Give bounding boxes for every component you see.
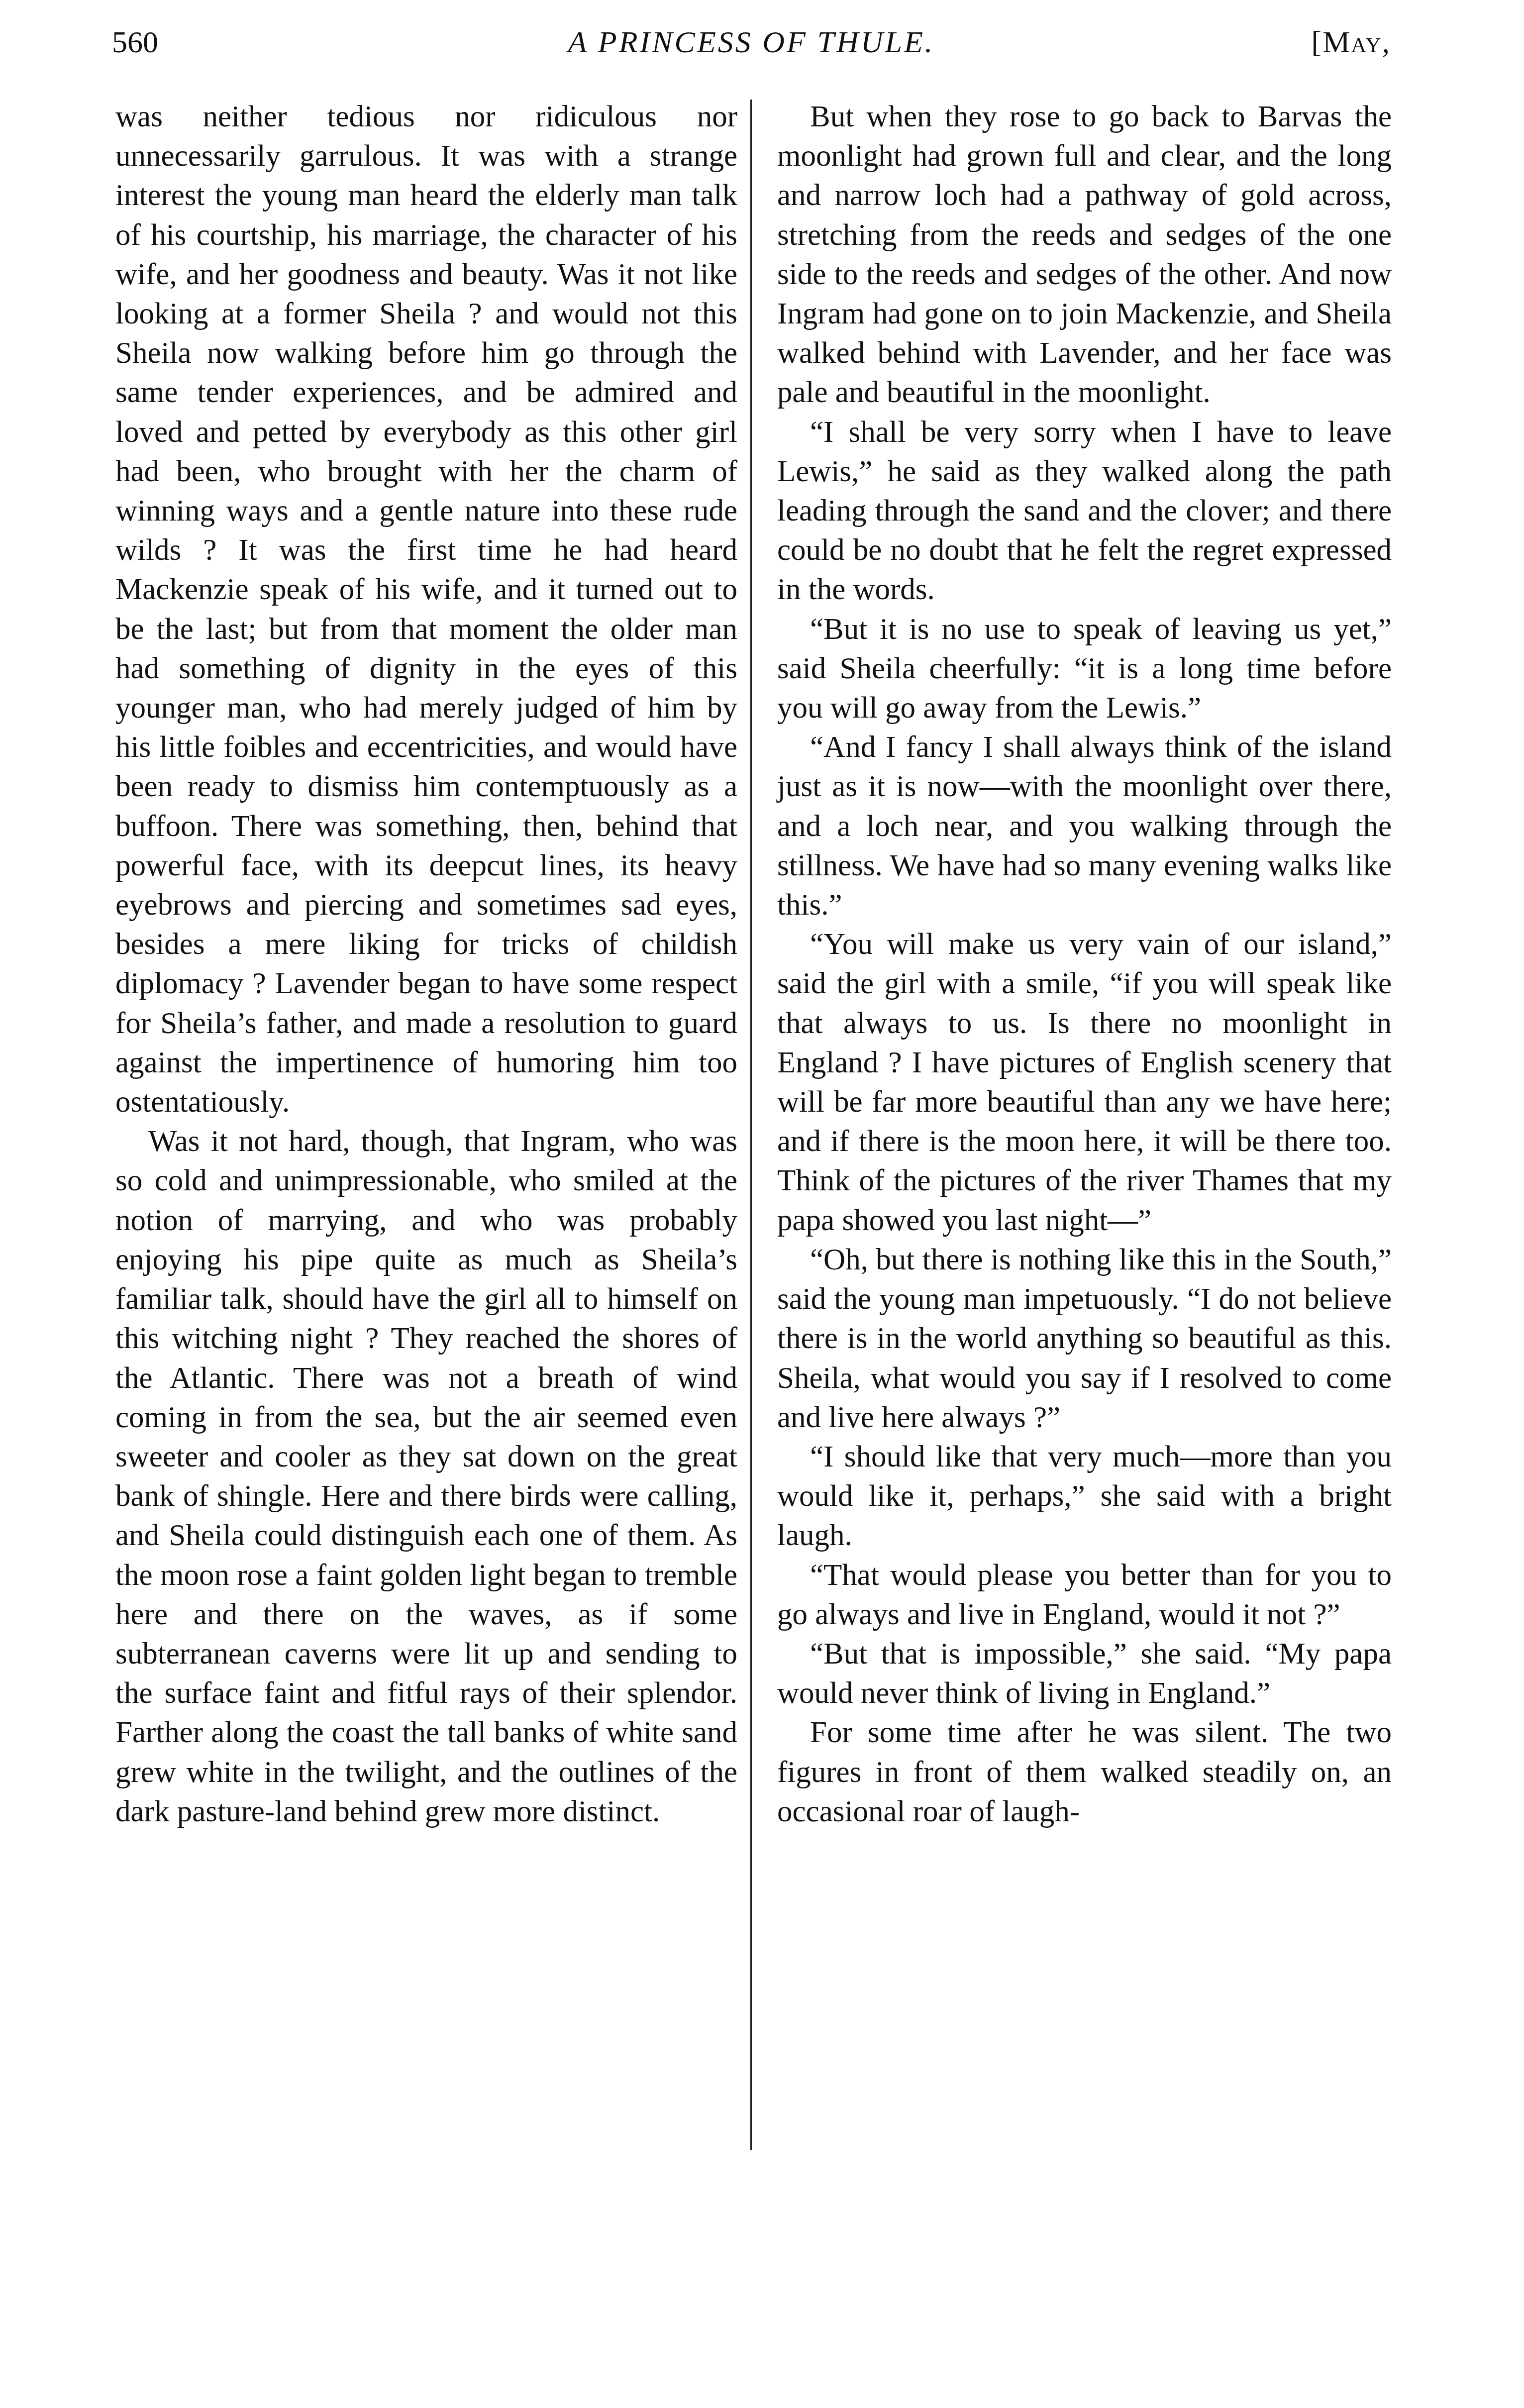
paragraph: “But that is impossible,” she said. “My …: [777, 1634, 1392, 1713]
paragraph: “I should like that very much—more than …: [777, 1437, 1392, 1556]
paragraph: For some time after he was silent. The t…: [777, 1713, 1392, 1831]
paragraph: But when they rose to go back to Bar­vas…: [777, 97, 1392, 413]
paragraph: “That would please you better than for y…: [777, 1556, 1392, 1634]
running-month: [May,: [1312, 20, 1391, 65]
paragraph: was neither tedious nor ridiculous nor u…: [115, 97, 737, 1122]
running-title: A PRINCESS OF THULE.: [112, 20, 1391, 65]
right-column: But when they rose to go back to Bar­vas…: [777, 97, 1392, 1831]
left-column: was neither tedious nor ridiculous nor u…: [115, 97, 737, 1831]
paragraph: “I shall be very sorry when I have to le…: [777, 413, 1392, 610]
paragraph: Was it not hard, though, that Ingram, wh…: [115, 1122, 737, 1831]
paragraph: “But it is no use to speak of leaving us…: [777, 610, 1392, 728]
running-header: 560 A PRINCESS OF THULE. [May,: [112, 20, 1391, 65]
column-rule: [750, 100, 752, 2150]
paragraph: “You will make us very vain of our islan…: [777, 925, 1392, 1240]
paragraph: “Oh, but there is nothing like this in t…: [777, 1240, 1392, 1437]
paragraph: “And I fancy I shall always think of the…: [777, 728, 1392, 925]
